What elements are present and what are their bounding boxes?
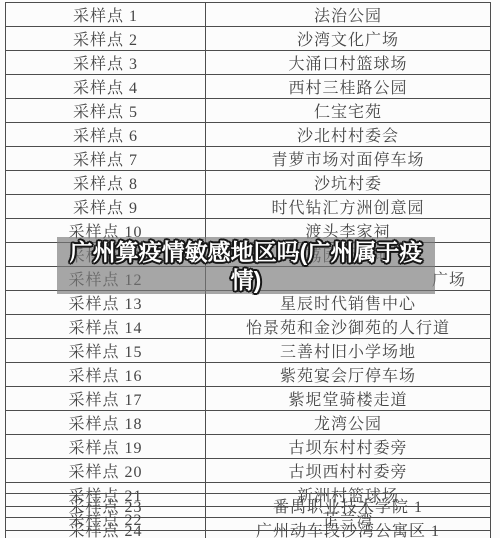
sampling-point-location: 古坝西村村委旁 [206,459,491,483]
sampling-point-location: 古坝东村村委旁 [206,435,491,459]
sampling-point-label: 采样点 1 [6,3,206,27]
table-row: 采样点 3大涌口村篮球场 [6,51,491,75]
sampling-point-label: 采样点 15 [6,339,206,363]
sampling-point-location: 沙湾文化广场 [206,27,491,51]
sampling-point-label: 采样点 3 [6,51,206,75]
sampling-point-location: 法治公园 [206,3,491,27]
table-row: 采样点 20古坝西村村委旁 [6,459,491,483]
table-row: 采样点 6沙北村村委会 [6,123,491,147]
table-row: 采样点 19古坝东村村委旁 [6,435,491,459]
sampling-point-label: 采样点 19 [6,435,206,459]
sampling-point-location: 沙坑村委 [206,171,491,195]
sampling-point-location: 怡景苑和金沙御苑的人行道 [206,315,491,339]
sampling-point-label: 采样点 14 [6,315,206,339]
table-row: 采样点 8沙坑村委 [6,171,491,195]
page: 采样点 1法治公园采样点 2沙湾文化广场采样点 3大涌口村篮球场采样点 4西村三… [0,0,500,538]
sampling-point-label: 采样点 2 [6,27,206,51]
table-row: 采样点 7青萝市场对面停车场 [6,147,491,171]
table-row: 采样点 5仁宝宅苑 [6,99,491,123]
sampling-point-label: 采样点 13 [6,291,206,315]
title-overlay: 广州算疫情敏感地区吗(广州属于疫情) [57,237,435,294]
sampling-point-label: 采样点 17 [6,387,206,411]
sampling-point-location: 时代钻汇方洲创意园 [206,195,491,219]
sampling-points-table-continued: 采样点 23番禺职业技术学院 1采样点 24广州动车段沙湾公寓区 1 [5,493,491,538]
sampling-point-location: 广州动车段沙湾公寓区 1 [206,518,491,538]
sampling-point-label: 采样点 6 [6,123,206,147]
table-row: 采样点 2沙湾文化广场 [6,27,491,51]
sampling-point-location: 龙湾公园 [206,411,491,435]
sampling-point-label: 采样点 7 [6,147,206,171]
sampling-point-label: 采样点 24 [6,518,206,538]
table-row: 采样点 14怡景苑和金沙御苑的人行道 [6,315,491,339]
sampling-point-label: 采样点 5 [6,99,206,123]
sampling-point-location: 沙北村村委会 [206,123,491,147]
sampling-point-location: 西村三桂路公园 [206,75,491,99]
sampling-point-location: 紫苑宴会厅停车场 [206,363,491,387]
sampling-point-label: 采样点 9 [6,195,206,219]
sampling-point-label: 采样点 20 [6,459,206,483]
sampling-point-label: 采样点 23 [6,494,206,518]
sampling-point-label: 采样点 18 [6,411,206,435]
table-row: 采样点 24广州动车段沙湾公寓区 1 [6,518,491,538]
sampling-point-location: 大涌口村篮球场 [206,51,491,75]
table-row: 采样点 1法治公园 [6,3,491,27]
sampling-point-location: 青萝市场对面停车场 [206,147,491,171]
overlay-title-text: 广州算疫情敏感地区吗(广州属于疫情) [57,238,435,294]
table-row: 采样点 18龙湾公园 [6,411,491,435]
sampling-point-location: 星辰时代销售中心 [206,291,491,315]
table-row: 采样点 4西村三桂路公园 [6,75,491,99]
sampling-point-location: 三善村旧小学场地 [206,339,491,363]
table-row: 采样点 13星辰时代销售中心 [6,291,491,315]
sampling-point-label: 采样点 16 [6,363,206,387]
table-row: 采样点 15三善村旧小学场地 [6,339,491,363]
sampling-point-label: 采样点 4 [6,75,206,99]
table-row: 采样点 16紫苑宴会厅停车场 [6,363,491,387]
table-row: 采样点 17紫坭堂骑楼走道 [6,387,491,411]
table-row: 采样点 9时代钻汇方洲创意园 [6,195,491,219]
sampling-point-location: 紫坭堂骑楼走道 [206,387,491,411]
sampling-point-location: 仁宝宅苑 [206,99,491,123]
sampling-point-label: 采样点 8 [6,171,206,195]
sampling-point-location: 番禺职业技术学院 1 [206,494,491,518]
table-row: 采样点 23番禺职业技术学院 1 [6,494,491,518]
